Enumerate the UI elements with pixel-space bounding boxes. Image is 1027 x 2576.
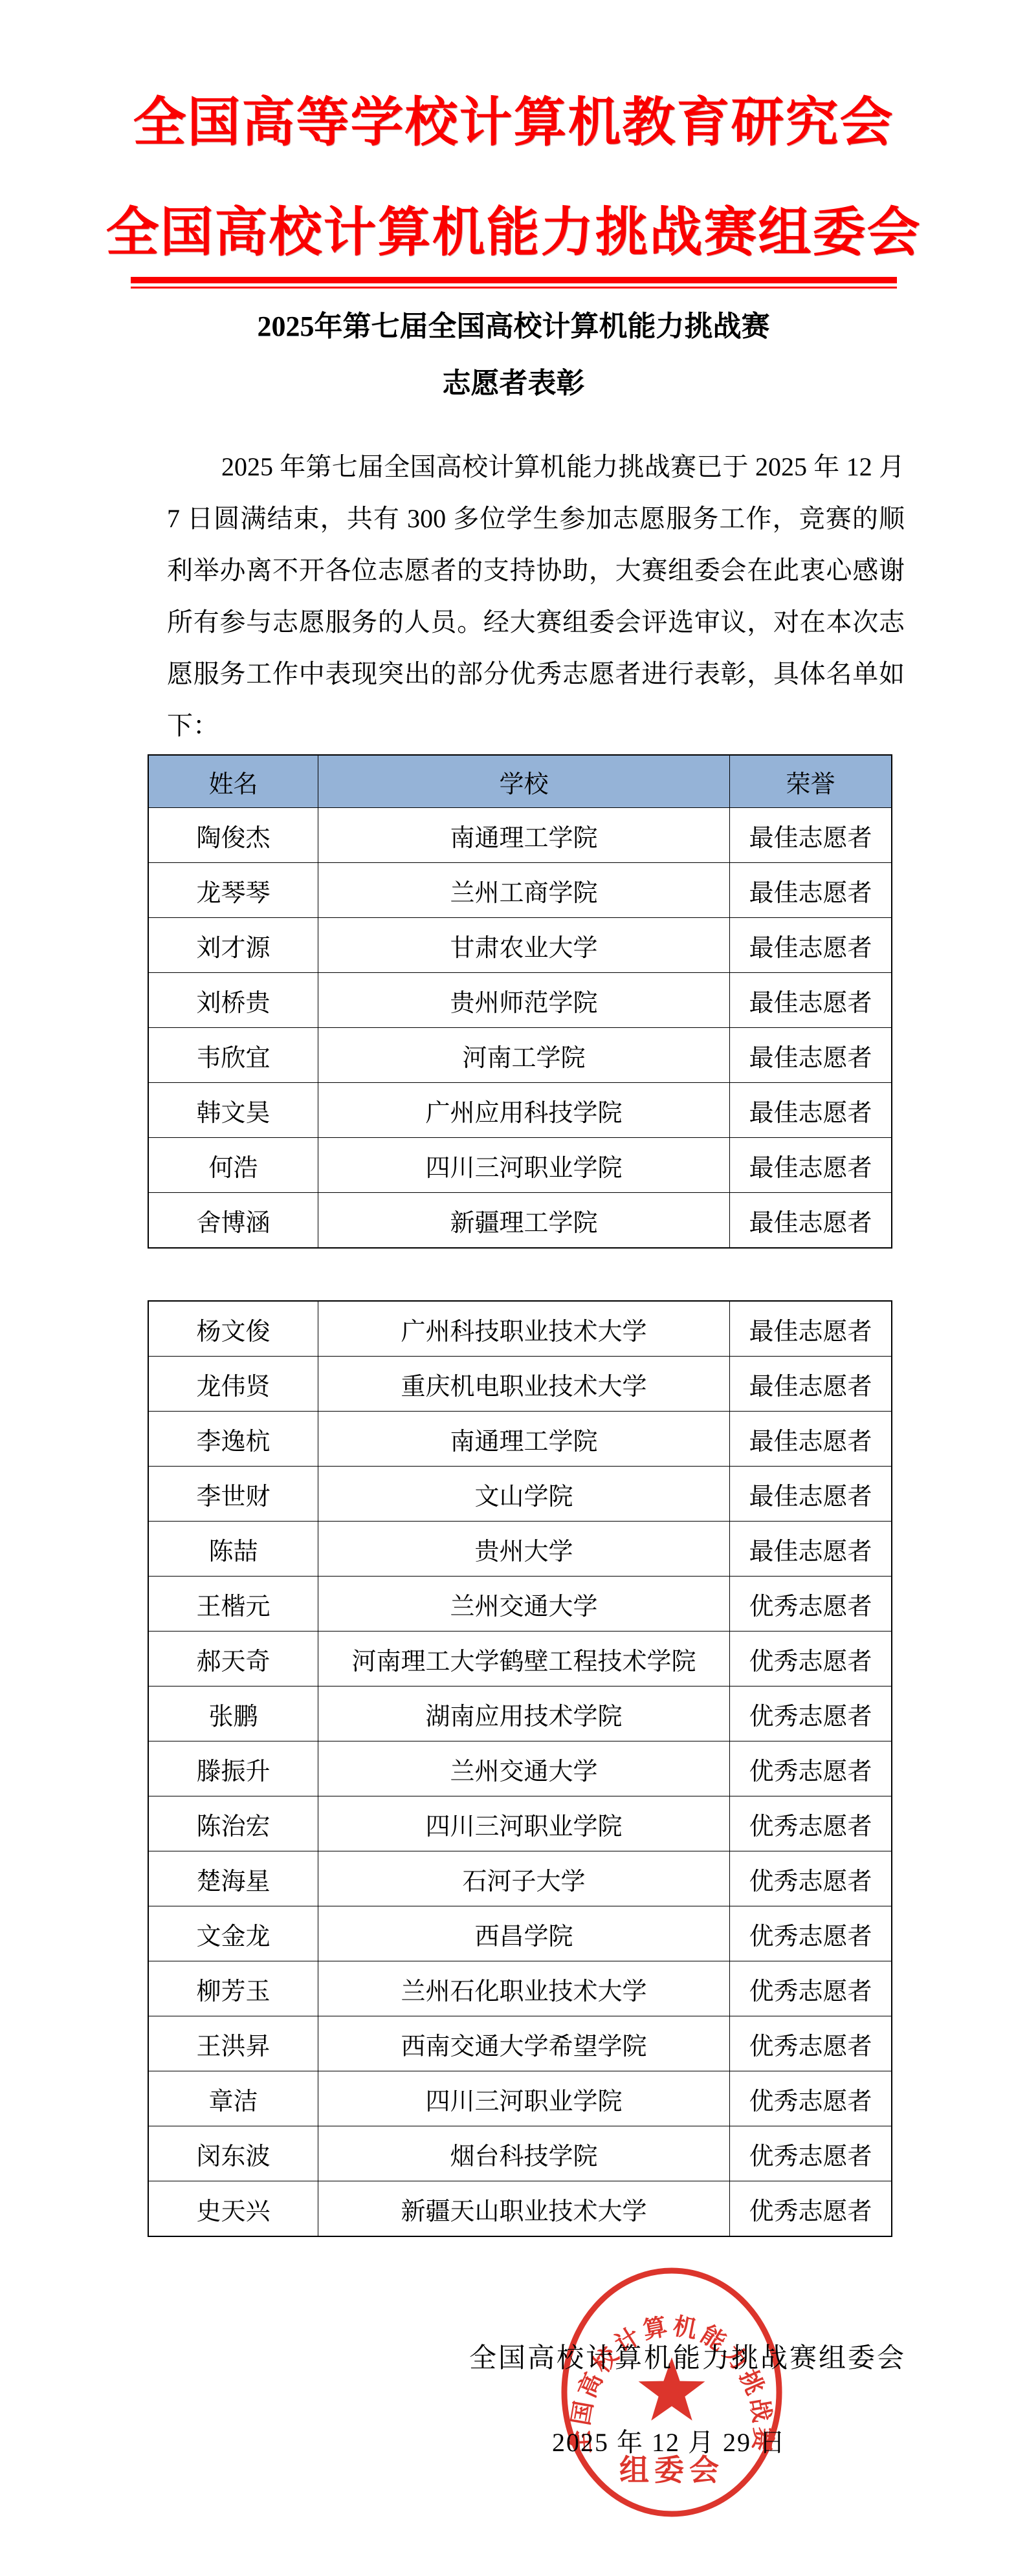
letterhead-rule-thick xyxy=(131,277,897,283)
official-stamp: 全国高校计算机能力挑战赛 组委会 xyxy=(558,2265,785,2519)
award-table-section2: 杨文俊广州科技职业技术大学最佳志愿者龙伟贤重庆机电职业技术大学最佳志愿者李逸杭南… xyxy=(148,1300,892,2237)
table-row: 史天兴新疆天山职业技术大学优秀志愿者 xyxy=(148,2181,892,2237)
letterhead: 全国高等学校计算机教育研究会 全国高校计算机能力挑战赛组委会 xyxy=(0,68,1027,288)
page-title-line1: 2025年第七届全国高校计算机能力挑战赛 xyxy=(0,298,1027,355)
cell-school: 兰州交通大学 xyxy=(318,1577,730,1632)
cell-name: 文金龙 xyxy=(148,1906,318,1961)
cell-honor: 最佳志愿者 xyxy=(729,918,892,973)
table-row: 韦欣宜河南工学院最佳志愿者 xyxy=(148,1028,892,1083)
cell-school: 广州应用科技学院 xyxy=(318,1083,730,1138)
cell-school: 河南工学院 xyxy=(318,1028,730,1083)
cell-honor: 优秀志愿者 xyxy=(729,1961,892,2016)
cell-honor: 最佳志愿者 xyxy=(729,1412,892,1467)
cell-school: 新疆理工学院 xyxy=(318,1193,730,1249)
cell-school: 河南理工大学鹤壁工程技术学院 xyxy=(318,1632,730,1686)
page-title: 2025年第七届全国高校计算机能力挑战赛 志愿者表彰 xyxy=(0,298,1027,412)
table-row: 杨文俊广州科技职业技术大学最佳志愿者 xyxy=(148,1301,892,1357)
table-row: 张鹏湖南应用技术学院优秀志愿者 xyxy=(148,1686,892,1741)
cell-honor: 优秀志愿者 xyxy=(729,1851,892,1906)
cell-school: 四川三河职业学院 xyxy=(318,1796,730,1851)
table-row: 陶俊杰南通理工学院最佳志愿者 xyxy=(148,808,892,863)
cell-school: 南通理工学院 xyxy=(318,808,730,863)
cell-name: 柳芳玉 xyxy=(148,1961,318,2016)
signature-org: 全国高校计算机能力挑战赛组委会 xyxy=(0,2337,906,2375)
signature-date: 2025 年 12 月 29 日 xyxy=(0,2422,786,2459)
body-paragraph: 2025 年第七届全国高校计算机能力挑战赛已于 2025 年 12 月 7 日圆… xyxy=(167,441,905,752)
cell-honor: 优秀志愿者 xyxy=(729,2181,892,2237)
cell-honor: 最佳志愿者 xyxy=(729,1083,892,1138)
cell-name: 龙伟贤 xyxy=(148,1357,318,1412)
cell-honor: 最佳志愿者 xyxy=(729,1357,892,1412)
letterhead-line1: 全国高等学校计算机教育研究会 xyxy=(0,68,1027,178)
cell-name: 滕振升 xyxy=(148,1741,318,1796)
cell-school: 甘肃农业大学 xyxy=(318,918,730,973)
cell-honor: 最佳志愿者 xyxy=(729,1028,892,1083)
cell-honor: 优秀志愿者 xyxy=(729,2126,892,2181)
cell-name: 闵东波 xyxy=(148,2126,318,2181)
cell-school: 四川三河职业学院 xyxy=(318,2071,730,2126)
cell-honor: 最佳志愿者 xyxy=(729,1138,892,1193)
table-header-cell: 姓名 xyxy=(148,755,318,808)
award-table-section1: 姓名学校荣誉 陶俊杰南通理工学院最佳志愿者龙琴琴兰州工商学院最佳志愿者刘才源甘肃… xyxy=(148,754,892,1249)
stamp-ring xyxy=(564,2271,779,2514)
cell-honor: 最佳志愿者 xyxy=(729,1301,892,1357)
cell-name: 郝天奇 xyxy=(148,1632,318,1686)
cell-honor: 最佳志愿者 xyxy=(729,973,892,1028)
table-row: 李世财文山学院最佳志愿者 xyxy=(148,1467,892,1522)
cell-school: 南通理工学院 xyxy=(318,1412,730,1467)
cell-school: 贵州大学 xyxy=(318,1522,730,1577)
cell-honor: 优秀志愿者 xyxy=(729,1632,892,1686)
cell-name: 刘才源 xyxy=(148,918,318,973)
table-row: 韩文昊广州应用科技学院最佳志愿者 xyxy=(148,1083,892,1138)
cell-honor: 优秀志愿者 xyxy=(729,1741,892,1796)
cell-name: 楚海星 xyxy=(148,1851,318,1906)
cell-honor: 优秀志愿者 xyxy=(729,2016,892,2071)
cell-school: 兰州交通大学 xyxy=(318,1741,730,1796)
cell-school: 四川三河职业学院 xyxy=(318,1138,730,1193)
cell-school: 湖南应用技术学院 xyxy=(318,1686,730,1741)
cell-name: 陶俊杰 xyxy=(148,808,318,863)
cell-name: 韩文昊 xyxy=(148,1083,318,1138)
cell-school: 石河子大学 xyxy=(318,1851,730,1906)
table-row: 龙琴琴兰州工商学院最佳志愿者 xyxy=(148,863,892,918)
cell-honor: 优秀志愿者 xyxy=(729,2071,892,2126)
cell-school: 西南交通大学希望学院 xyxy=(318,2016,730,2071)
cell-name: 陈喆 xyxy=(148,1522,318,1577)
table-row: 李逸杭南通理工学院最佳志愿者 xyxy=(148,1412,892,1467)
cell-school: 重庆机电职业技术大学 xyxy=(318,1357,730,1412)
table-row: 何浩四川三河职业学院最佳志愿者 xyxy=(148,1138,892,1193)
table-row: 王洪昇西南交通大学希望学院优秀志愿者 xyxy=(148,2016,892,2071)
cell-name: 史天兴 xyxy=(148,2181,318,2237)
cell-honor: 最佳志愿者 xyxy=(729,863,892,918)
cell-school: 广州科技职业技术大学 xyxy=(318,1301,730,1357)
cell-name: 舍博涵 xyxy=(148,1193,318,1249)
cell-name: 陈治宏 xyxy=(148,1796,318,1851)
table-row: 郝天奇河南理工大学鹤壁工程技术学院优秀志愿者 xyxy=(148,1632,892,1686)
cell-name: 王楷元 xyxy=(148,1577,318,1632)
letterhead-line2: 全国高校计算机能力挑战赛组委会 xyxy=(0,178,1027,288)
cell-school: 贵州师范学院 xyxy=(318,973,730,1028)
cell-name: 何浩 xyxy=(148,1138,318,1193)
letterhead-rule xyxy=(131,277,897,289)
cell-honor: 最佳志愿者 xyxy=(729,1467,892,1522)
cell-name: 王洪昇 xyxy=(148,2016,318,2071)
table-row: 龙伟贤重庆机电职业技术大学最佳志愿者 xyxy=(148,1357,892,1412)
document-page: 全国高等学校计算机教育研究会 全国高校计算机能力挑战赛组委会 2025年第七届全… xyxy=(0,0,1027,2576)
table-row: 文金龙西昌学院优秀志愿者 xyxy=(148,1906,892,1961)
page-title-line2: 志愿者表彰 xyxy=(0,355,1027,412)
table-row: 闵东波烟台科技学院优秀志愿者 xyxy=(148,2126,892,2181)
cell-honor: 优秀志愿者 xyxy=(729,1796,892,1851)
cell-school: 兰州工商学院 xyxy=(318,863,730,918)
table-row: 柳芳玉兰州石化职业技术大学优秀志愿者 xyxy=(148,1961,892,2016)
table-row: 刘才源甘肃农业大学最佳志愿者 xyxy=(148,918,892,973)
cell-name: 张鹏 xyxy=(148,1686,318,1741)
cell-school: 西昌学院 xyxy=(318,1906,730,1961)
cell-name: 韦欣宜 xyxy=(148,1028,318,1083)
cell-school: 新疆天山职业技术大学 xyxy=(318,2181,730,2237)
cell-honor: 优秀志愿者 xyxy=(729,1906,892,1961)
cell-honor: 最佳志愿者 xyxy=(729,1193,892,1249)
cell-name: 杨文俊 xyxy=(148,1301,318,1357)
cell-name: 李世财 xyxy=(148,1467,318,1522)
table-header-cell: 学校 xyxy=(318,755,730,808)
cell-honor: 最佳志愿者 xyxy=(729,808,892,863)
table-row: 王楷元兰州交通大学优秀志愿者 xyxy=(148,1577,892,1632)
cell-name: 龙琴琴 xyxy=(148,863,318,918)
cell-name: 章洁 xyxy=(148,2071,318,2126)
letterhead-rule-thin xyxy=(131,287,897,289)
cell-name: 李逸杭 xyxy=(148,1412,318,1467)
cell-school: 烟台科技学院 xyxy=(318,2126,730,2181)
table-row: 舍博涵新疆理工学院最佳志愿者 xyxy=(148,1193,892,1249)
table-row: 刘桥贵贵州师范学院最佳志愿者 xyxy=(148,973,892,1028)
cell-school: 文山学院 xyxy=(318,1467,730,1522)
cell-name: 刘桥贵 xyxy=(148,973,318,1028)
table-row: 滕振升兰州交通大学优秀志愿者 xyxy=(148,1741,892,1796)
table-header-cell: 荣誉 xyxy=(729,755,892,808)
cell-school: 兰州石化职业技术大学 xyxy=(318,1961,730,2016)
table-row: 章洁四川三河职业学院优秀志愿者 xyxy=(148,2071,892,2126)
table-row: 陈喆贵州大学最佳志愿者 xyxy=(148,1522,892,1577)
table-row: 陈治宏四川三河职业学院优秀志愿者 xyxy=(148,1796,892,1851)
cell-honor: 优秀志愿者 xyxy=(729,1686,892,1741)
table-row: 楚海星石河子大学优秀志愿者 xyxy=(148,1851,892,1906)
table-header-row: 姓名学校荣誉 xyxy=(148,755,892,808)
cell-honor: 优秀志愿者 xyxy=(729,1577,892,1632)
cell-honor: 最佳志愿者 xyxy=(729,1522,892,1577)
